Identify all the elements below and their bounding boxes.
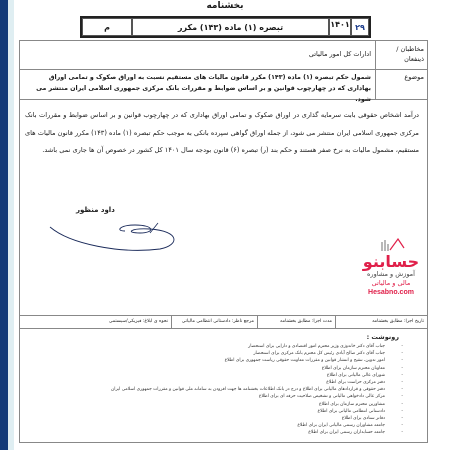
circular-year: ۱۴۰۱ xyxy=(330,19,350,35)
subject-value: شمول حکم تبصره (۱) ماده (۱۴۳) مکرر قانون… xyxy=(20,69,375,99)
circular-code: م xyxy=(83,19,131,35)
logo-mark: حسابنو xyxy=(356,254,426,270)
cc-item: شورای عالی مالیاتی برای اطلاع xyxy=(20,372,413,379)
document-frame: مخاطبان / ذینفعان ادارات کل امور مالیاتی… xyxy=(19,40,428,443)
circular-number: ۲۹ xyxy=(352,19,368,35)
supervising-authority: مرجع ناظر: دادستانی انتظامی مالیاتی xyxy=(171,316,257,328)
execution-date: تاریخ اجرا: مطابق بخشنامه xyxy=(335,316,427,328)
hesabno-logo: حسابنو آموزش و مشاوره مالی و مالیاتی Hes… xyxy=(356,238,426,312)
cc-item: دادستانی انتظامی مالیاتی برای اطلاع xyxy=(20,408,413,415)
cc-block: رونوشت : جناب آقای دکتر خاندوزی وزیر محت… xyxy=(20,329,427,442)
cc-item: امور تدوین، تنقیح و انتشار قوانین و مقرر… xyxy=(20,357,413,364)
cc-item: جناب آقای دکتر خاندوزی وزیر محترم امور ا… xyxy=(20,343,413,350)
recipients-row: مخاطبان / ذینفعان ادارات کل امور مالیاتی xyxy=(20,41,427,70)
scan-edge-strip xyxy=(0,0,8,450)
body-text: درآمد اشخاص حقوقی بابت سرمایه گذاری در ا… xyxy=(25,107,419,160)
page-title: بخشنامه xyxy=(0,1,450,11)
recipients-label: مخاطبان / ذینفعان xyxy=(375,41,427,69)
cc-item: دفتر مرکزی حراست برای اطلاع xyxy=(20,379,413,386)
execution-info-row: تاریخ اجرا: مطابق بخشنامه مدت اجرا: مطاب… xyxy=(20,315,427,329)
cc-item: دفتر حقوقی و قراردادهای مالیاتی برای اطل… xyxy=(20,386,413,393)
cc-item: دفاتر ستادی برای اطلاع xyxy=(20,415,413,422)
subject-row: موضوع شمول حکم تبصره (۱) ماده (۱۴۳) مکرر… xyxy=(20,69,427,100)
circular-subject: تبصره (۱) ماده (۱۴۳) مکرر xyxy=(133,19,328,35)
cc-item: جامعه حسابداران رسمی ایران برای اطلاع xyxy=(20,429,413,436)
cc-title: رونوشت : xyxy=(20,333,399,341)
signatory-name: داود منظور xyxy=(76,206,115,214)
execution-period: مدت اجرا: مطابق بخشنامه xyxy=(257,316,335,328)
logo-tagline-2: مالی و مالیاتی xyxy=(356,279,426,288)
cc-list: جناب آقای دکتر خاندوزی وزیر محترم امور ا… xyxy=(20,343,413,437)
cc-item: جامعه مشاوران رسمی مالیاتی ایران برای اط… xyxy=(20,422,413,429)
signature-icon xyxy=(30,219,180,259)
notification-method: نحوه ی ابلاغ: فیزیکی/سیستمی xyxy=(20,316,171,328)
logo-tagline-1: آموزش و مشاوره xyxy=(356,270,426,279)
cc-item: مشاورین محترم سازمان برای اطلاع xyxy=(20,401,413,408)
cc-item: مرکز عالی دادخواهی مالیاتی و تشخیص صلاحی… xyxy=(20,393,413,400)
scan-edge-light xyxy=(8,0,14,450)
book-icon xyxy=(376,238,406,252)
cc-item: معاونان محترم سازمان برای اطلاع xyxy=(20,365,413,372)
subject-label: موضوع xyxy=(375,69,427,99)
circular-header-table: ۲۹ ۱۴۰۱ تبصره (۱) ماده (۱۴۳) مکرر م xyxy=(80,16,371,38)
cc-item: جناب آقای دکتر صالح آبادی رئیس کل محترم … xyxy=(20,350,413,357)
recipients-value: ادارات کل امور مالیاتی xyxy=(20,41,375,69)
logo-url: Hesabno.com xyxy=(356,288,426,298)
